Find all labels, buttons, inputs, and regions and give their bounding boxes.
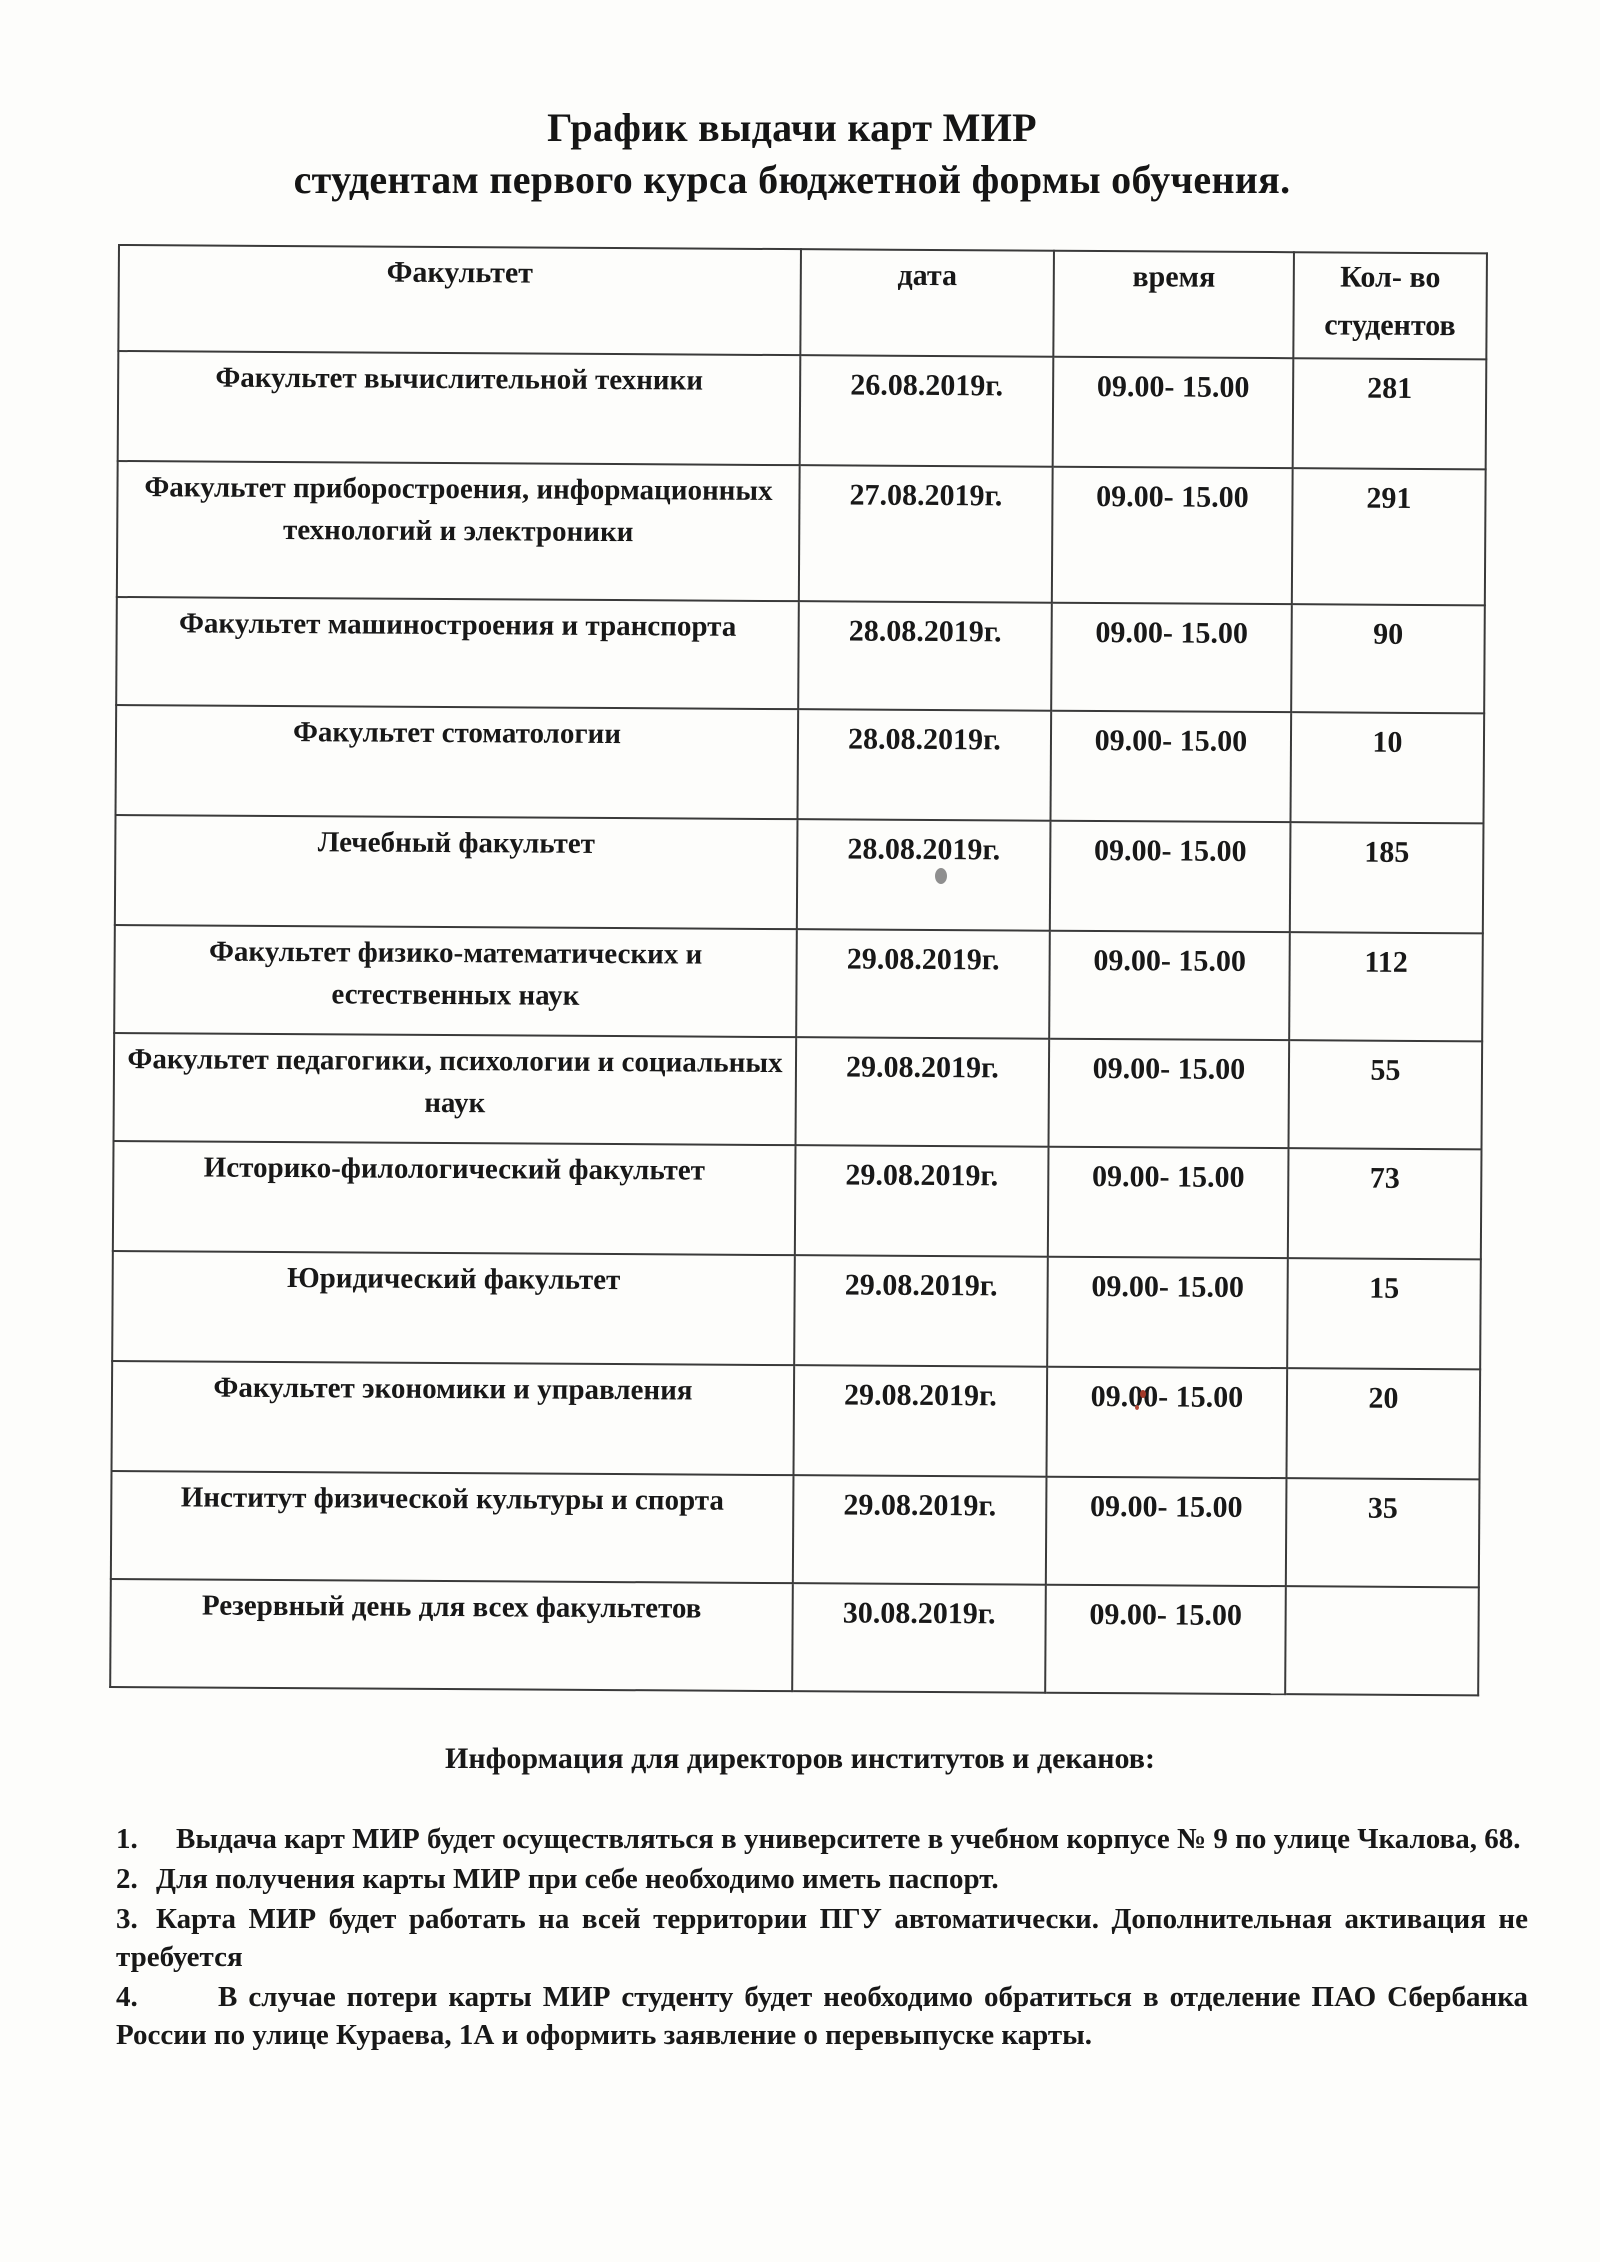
- count-cell: 35: [1286, 1478, 1480, 1587]
- table-row: Факультет приборостроения, информационны…: [117, 461, 1486, 605]
- date-cell: 29.08.2019г.: [794, 1255, 1048, 1367]
- faculty-cell: Факультет приборостроения, информационны…: [117, 461, 800, 601]
- info-item-number: 1.: [116, 1820, 176, 1858]
- time-cell: 09.00- 15.00: [1053, 357, 1294, 468]
- date-cell: 29.08.2019г.: [793, 1365, 1047, 1477]
- table-row: Юридический факультет 29.08.2019г. 09.00…: [112, 1251, 1481, 1369]
- date-cell: 28.08.2019г.: [798, 601, 1052, 711]
- document-subtitle: студентам первого курса бюджетной формы …: [0, 160, 1592, 200]
- faculty-cell: Историко-филологический факультет: [113, 1141, 796, 1255]
- info-item-text: Выдача карт МИР будет осуществляться в у…: [176, 1823, 1520, 1855]
- header-faculty: Факультет: [118, 245, 801, 355]
- faculty-cell: Факультет педагогики, психологии и социа…: [114, 1033, 797, 1145]
- header-time: время: [1053, 251, 1294, 358]
- time-cell: 09.00- 15.00: [1050, 821, 1291, 932]
- time-cell: 09.00- 15.00: [1045, 1585, 1286, 1694]
- time-cell: 09.00- 15.00: [1051, 603, 1292, 712]
- count-cell: 291: [1292, 468, 1486, 605]
- faculty-cell: Факультет экономики и управления: [112, 1361, 795, 1475]
- date-cell: 27.08.2019г.: [799, 465, 1053, 603]
- time-cell: 09.00- 15.00: [1046, 1367, 1287, 1478]
- table-row: Факультет физико-математических и естест…: [114, 925, 1483, 1041]
- date-cell: 30.08.2019г.: [792, 1583, 1046, 1693]
- date-cell: 29.08.2019г.: [793, 1475, 1047, 1585]
- count-cell: 10: [1290, 712, 1484, 823]
- info-item-number: 2.: [116, 1860, 156, 1898]
- scanned-document-page: График выдачи карт МИР студентам первого…: [0, 0, 1600, 2262]
- table-row: Факультет вычислительной техники 26.08.2…: [118, 351, 1487, 469]
- faculty-cell: Факультет вычислительной техники: [118, 351, 801, 465]
- date-cell: 29.08.2019г.: [796, 929, 1050, 1039]
- scan-artifact: [935, 868, 947, 884]
- scan-artifact: [1140, 1390, 1146, 1398]
- table-row: Институт физической культуры и спорта 29…: [111, 1471, 1480, 1587]
- count-cell: 15: [1287, 1258, 1481, 1369]
- faculty-cell: Факультет стоматологии: [116, 705, 799, 819]
- count-cell: 55: [1288, 1040, 1482, 1149]
- faculty-cell: Факультет физико-математических и естест…: [114, 925, 797, 1037]
- table-header-row: Факультет дата время Кол- во студентов: [118, 245, 1487, 359]
- info-list: 1.Выдача карт МИР будет осуществляться в…: [116, 1820, 1528, 2056]
- table-row: Лечебный факультет 28.08.2019г. 09.00- 1…: [115, 815, 1484, 933]
- count-cell: 185: [1290, 822, 1484, 933]
- table-row: Факультет машиностроения и транспорта 28…: [116, 597, 1485, 713]
- time-cell: 09.00- 15.00: [1047, 1257, 1288, 1368]
- scan-artifact: [1135, 1405, 1139, 1410]
- info-item-text: Для получения карты МИР при себе необход…: [156, 1863, 999, 1895]
- time-cell: 09.00- 15.00: [1048, 1147, 1289, 1258]
- faculty-cell: Институт физической культуры и спорта: [111, 1471, 794, 1583]
- table-row: Историко-филологический факультет 29.08.…: [113, 1141, 1482, 1259]
- date-cell: 26.08.2019г.: [800, 355, 1054, 467]
- time-cell: 09.00- 15.00: [1052, 467, 1293, 604]
- time-cell: 09.00- 15.00: [1046, 1477, 1287, 1586]
- count-cell: 73: [1288, 1148, 1482, 1259]
- info-item-text: Карта МИР будет работать на всей террито…: [116, 1903, 1528, 1973]
- info-heading: Информация для директоров институтов и д…: [0, 1742, 1600, 1776]
- info-item-text: В случае потери карты МИР студенту будет…: [116, 1981, 1528, 2051]
- faculty-cell: Факультет машиностроения и транспорта: [116, 597, 799, 709]
- info-item: 2.Для получения карты МИР при себе необх…: [116, 1860, 1528, 1898]
- table-row: Факультет педагогики, психологии и социа…: [114, 1033, 1483, 1149]
- table-row: Факультет экономики и управления 29.08.2…: [112, 1361, 1481, 1479]
- table-row: Резервный день для всех факультетов 30.0…: [110, 1579, 1479, 1695]
- info-item: 4.В случае потери карты МИР студенту буд…: [116, 1978, 1528, 2054]
- date-cell: 28.08.2019г.: [797, 709, 1051, 821]
- count-cell: 112: [1289, 932, 1483, 1041]
- time-cell: 09.00- 15.00: [1049, 931, 1290, 1040]
- faculty-cell: Юридический факультет: [112, 1251, 795, 1365]
- table-row: Факультет стоматологии 28.08.2019г. 09.0…: [116, 705, 1485, 823]
- count-cell: 20: [1286, 1368, 1480, 1479]
- card-issue-schedule-table: Факультет дата время Кол- во студентов Ф…: [109, 244, 1488, 1696]
- header-student-count: Кол- во студентов: [1293, 252, 1487, 359]
- faculty-cell: Резервный день для всех факультетов: [110, 1579, 793, 1691]
- faculty-cell: Лечебный факультет: [115, 815, 798, 929]
- date-cell: 29.08.2019г.: [795, 1145, 1049, 1257]
- info-item: 1.Выдача карт МИР будет осуществляться в…: [116, 1820, 1528, 1858]
- time-cell: 09.00- 15.00: [1050, 711, 1291, 822]
- count-cell: 281: [1293, 358, 1487, 469]
- time-cell: 09.00- 15.00: [1049, 1039, 1290, 1148]
- info-item: 3.Карта МИР будет работать на всей терри…: [116, 1900, 1528, 1976]
- count-cell: 90: [1291, 604, 1485, 713]
- document-title: График выдачи карт МИР: [0, 108, 1592, 148]
- date-cell: 29.08.2019г.: [796, 1037, 1050, 1147]
- date-cell: 28.08.2019г.: [797, 819, 1051, 931]
- header-date: дата: [800, 249, 1054, 357]
- info-item-number: 4.: [116, 1978, 218, 2016]
- count-cell: [1285, 1586, 1479, 1695]
- info-item-number: 3.: [116, 1900, 156, 1938]
